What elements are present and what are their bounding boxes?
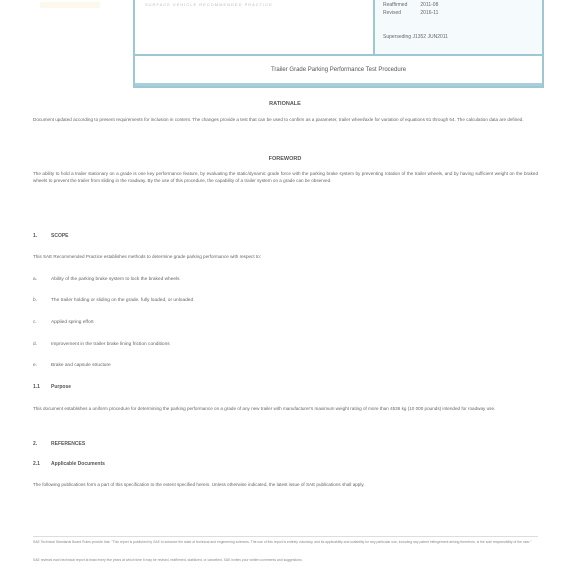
header-bottom-rule: [135, 83, 542, 86]
header-left-text: SURFACE VEHICLE RECOMMENDED PRACTICE: [145, 2, 273, 7]
foreword-text: The ability to hold a trailer stationary…: [33, 170, 538, 184]
header-divider: [135, 54, 542, 56]
scope-intro: This SAE Recommended Practice establishe…: [33, 253, 538, 260]
foreword-heading: FOREWORD: [0, 156, 570, 162]
section-references: 2.REFERENCES: [33, 441, 85, 447]
header-superseding: Superseding J1352 JUN2011: [383, 34, 448, 40]
scope-item: b.The trailer holding or sliding on the …: [33, 298, 193, 303]
rationale-text: Document updated according to present re…: [33, 116, 538, 123]
purpose-text: This document establishes a uniform proc…: [33, 405, 538, 412]
subsection-applicable-documents: 2.1Applicable Documents: [33, 461, 105, 467]
scope-item: c.Applied spring effort: [33, 320, 94, 325]
corner-watermark: [40, 2, 100, 8]
document-header-box: SURFACE VEHICLE RECOMMENDED PRACTICE Rea…: [133, 0, 544, 88]
section-scope: 1.SCOPE: [33, 233, 69, 239]
header-row-reaffirmed: Reaffirmed 2011-08: [383, 2, 438, 8]
scope-item: a.Ability of the parking brake system to…: [33, 277, 180, 282]
scope-item: e.Brake and capsule structure: [33, 363, 111, 368]
subsection-purpose: 1.1Purpose: [33, 384, 71, 390]
header-row-revised: Revised 2016-11: [383, 10, 438, 16]
document-title: Trailer Grade Parking Performance Test P…: [135, 58, 542, 82]
footnote-divider: [33, 536, 538, 537]
footnote-2: SAE reviews each technical report at lea…: [33, 558, 538, 563]
applicable-text: The following publications form a part o…: [33, 481, 538, 488]
scope-item: d.Improvement in the trailer brake linin…: [33, 342, 170, 347]
rationale-heading: RATIONALE: [0, 101, 570, 107]
header-left-cell: SURFACE VEHICLE RECOMMENDED PRACTICE: [135, 0, 375, 54]
footnote-1: SAE Technical Standards Board Rules prov…: [33, 540, 538, 545]
header-right-cell: Reaffirmed 2011-08 Revised 2016-11 Super…: [375, 0, 542, 54]
